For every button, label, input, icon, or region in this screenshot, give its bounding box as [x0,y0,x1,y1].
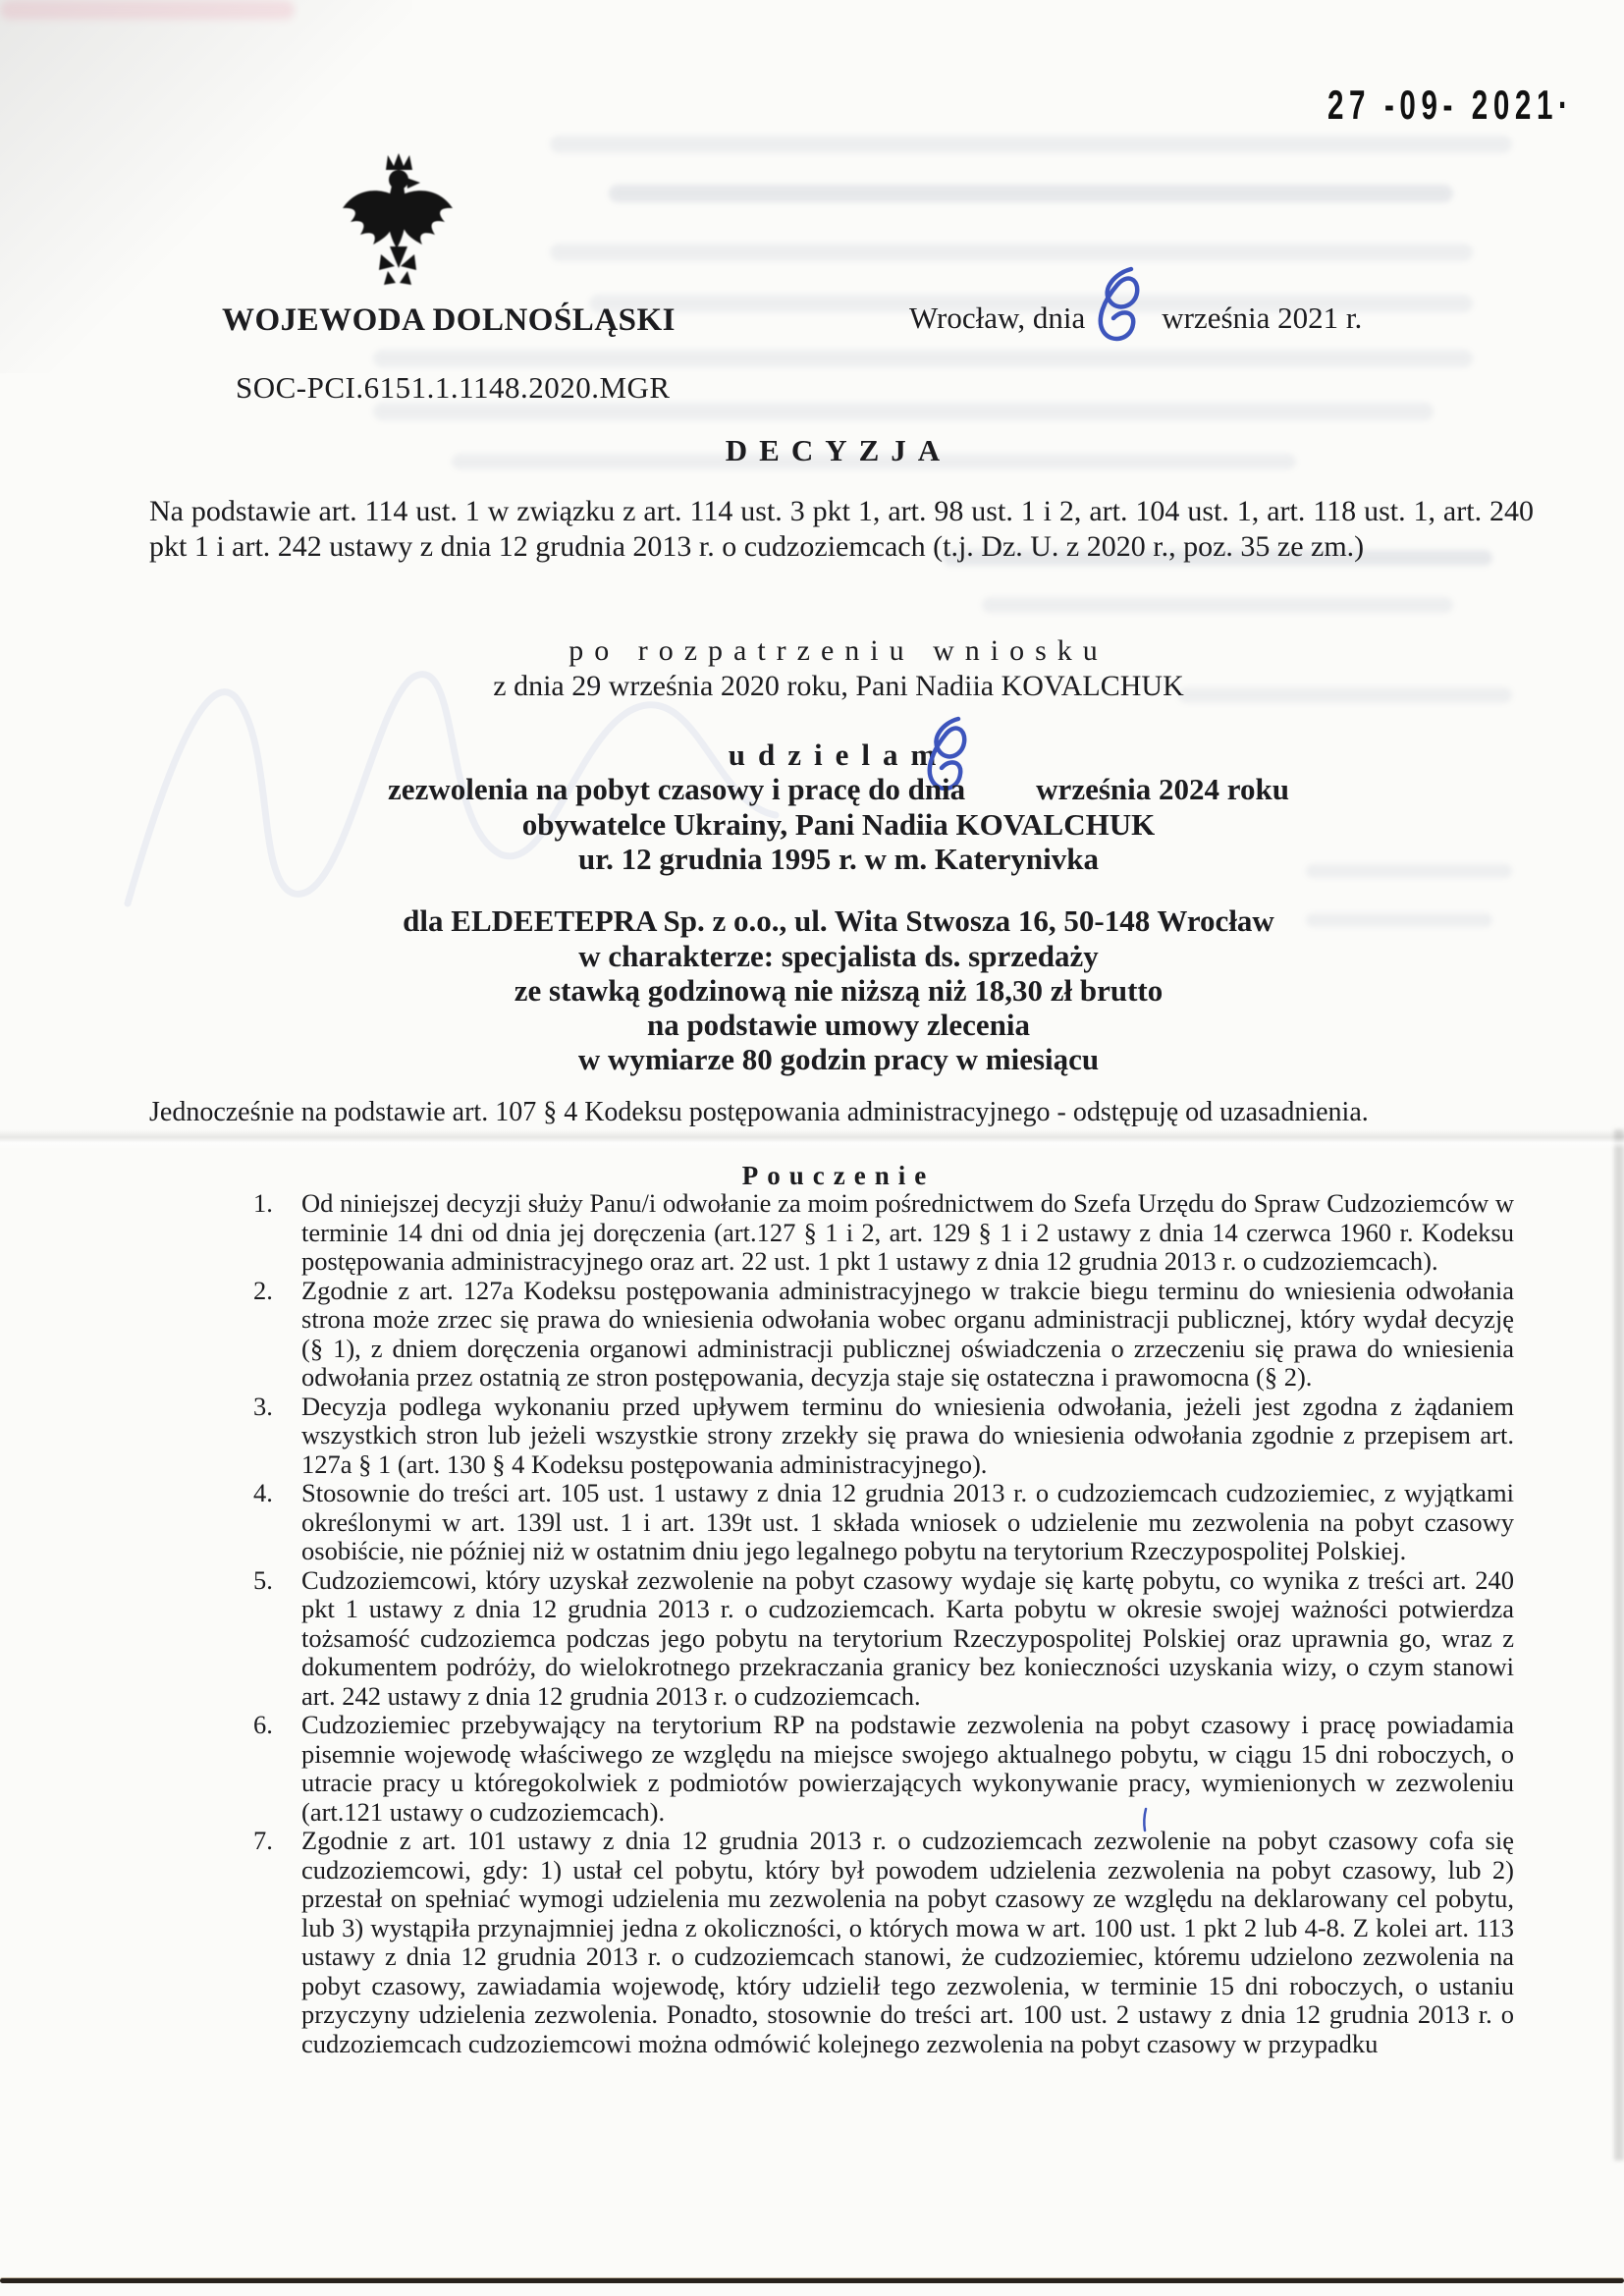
bleed-through-line [982,597,1453,613]
item-number: 3. [253,1393,273,1422]
fold-crease [0,1129,1624,1149]
grant-line-6: ze stawką godzinową nie niższą niż 18,30… [147,973,1530,1009]
grant-line-7: na podstawie umowy zlecenia [147,1008,1530,1043]
instruction-item: 3.Decyzja podlega wykonaniu przed upływe… [147,1393,1514,1480]
grant-line-1-before: zezwolenia na pobyt czasowy i pracę do d… [388,772,965,806]
grant-verb: udzielam [147,738,1530,773]
coat-of-arms-eagle-icon [339,153,455,287]
instruction-item: 1.Od niniejszej decyzji służy Panu/i odw… [147,1189,1514,1277]
bleed-through-line [373,350,1473,367]
legal-basis-paragraph: Na podstawie art. 114 ust. 1 w związku z… [149,494,1534,565]
item-number: 4. [253,1479,273,1508]
item-text: Zgodnie z art. 101 ustawy z dnia 12 grud… [301,1827,1514,2058]
scanned-decision-page: 27 -09- 2021· WOJEWODA DOLNOŚLĄSKI Wrocł… [0,0,1624,2296]
item-text: Cudzoziemiec przebywający na terytorium … [301,1711,1514,1827]
received-date-stamp: 27 -09- 2021· [1327,82,1532,129]
grant-line-1-after: września 2024 roku [1036,772,1289,806]
stamp-bleed-through [0,0,295,20]
item-number: 2. [253,1277,273,1306]
item-number: 5. [253,1566,273,1596]
pen-mark [1141,1807,1149,1832]
item-text: Od niniejszej decyzji służy Panu/i odwoł… [301,1189,1514,1277]
instruction-item: 7.Zgodnie z art. 101 ustawy z dnia 12 gr… [147,1827,1514,2058]
instructions-heading: Pouczenie [147,1161,1530,1191]
grant-line-8: w wymiarze 80 godzin pracy w miesiącu [147,1042,1530,1077]
item-number: 1. [253,1189,273,1219]
instruction-item: 4.Stosownie do treści art. 105 ust. 1 us… [147,1479,1514,1566]
handwritten-day-header [1088,263,1149,348]
grant-line-4: dla ELDEETEPRA Sp. z o.o., ul. Wita Stwo… [147,903,1530,939]
decision-title: DECYZJA [147,433,1530,468]
item-text: Zgodnie z art. 127a Kodeksu postępowania… [301,1277,1514,1393]
instruction-item: 2.Zgodnie z art. 127a Kodeksu postępowan… [147,1277,1514,1393]
bleed-through-line [550,244,1473,261]
consideration-line-1: po rozpatrzeniu wniosku [147,634,1530,668]
consideration-line-2: z dnia 29 września 2020 roku, Pani Nadii… [147,670,1530,703]
item-text: Decyzja podlega wykonaniu przed upływem … [301,1393,1514,1480]
item-number: 6. [253,1711,273,1740]
bleed-through-line [550,136,1512,153]
place-date-suffix: września 2021 r. [1162,301,1362,335]
item-number: 7. [253,1827,273,1856]
authority-name: WOJEWODA DOLNOŚLĄSKI [222,302,676,339]
bleed-through-line [609,185,1453,202]
instructions-list: 1.Od niniejszej decyzji służy Panu/i odw… [147,1189,1514,2058]
bottom-scan-edge [0,2278,1624,2283]
grant-line-3: ur. 12 grudnia 1995 r. w m. Katerynivka [147,842,1530,877]
scan-edge-shadow [1614,1129,1624,2160]
item-text: Stosownie do treści art. 105 ust. 1 usta… [301,1479,1514,1566]
instruction-item: 6.Cudzoziemiec przebywający na terytoriu… [147,1711,1514,1827]
item-text: Cudzoziemcowi, który uzyskał zezwolenie … [301,1566,1514,1712]
grant-line-1: zezwolenia na pobyt czasowy i pracę do d… [147,772,1530,807]
instruction-item: 5.Cudzoziemcowi, który uzyskał zezwoleni… [147,1566,1514,1712]
waiver-line: Jednocześnie na podstawie art. 107 § 4 K… [149,1097,1534,1128]
place-date-prefix: Wrocław, dnia [909,301,1085,335]
grant-line-2: obywatelce Ukrainy, Pani Nadiia KOVALCHU… [147,807,1530,843]
case-number: SOC-PCI.6151.1.1148.2020.MGR [236,370,671,406]
grant-line-5: w charakterze: specjalista ds. sprzedaży [147,939,1530,974]
